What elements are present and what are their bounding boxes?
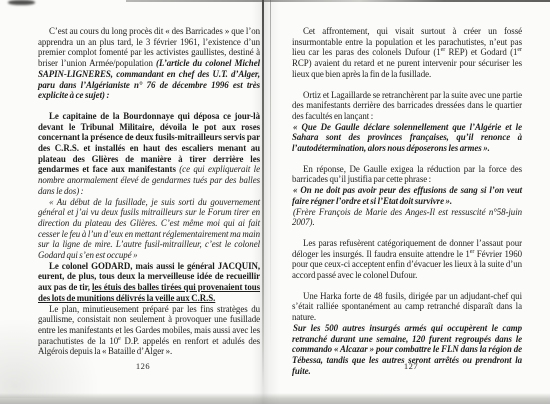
scan-artifact-corner-smudge [8,0,35,5]
paragraph: « Que De Gaulle déclare solennellement q… [292,122,522,154]
page-left-text-column: C’est au cours du long procès dit « des … [38,26,260,357]
paragraph: Ortiz et Lagaillarde se retranchèrent pa… [292,90,522,122]
paragraph: « On ne doit pas avoir peur des effusion… [292,185,522,206]
paragraph: Le colonel GODARD, mais aussi le général… [38,261,260,304]
text-segment: er [517,47,522,53]
book-gutter-line-secondary [270,0,271,356]
paragraph: Une Harka forte de 48 fusils, dirigée pa… [292,291,522,323]
page-right-text-column: Cet affrontement, qui visait surtout à c… [292,26,522,376]
text-segment: « Que De Gaulle déclare solennellement q… [292,122,522,153]
scan-artifact-top-edge [126,0,550,2]
page-number-right: 127 [292,361,530,371]
paragraph: Les paras refusèrent catégoriquement de … [292,238,522,281]
text-segment: RCP) avaient du retard et ne purent inte… [292,58,522,79]
paragraph: Cet affrontement, qui visait surtout à c… [292,26,522,80]
paragraph: « Au début de la fusillade, je suis sort… [38,197,260,261]
text-segment: « Au début de la fusillade, je suis sort… [38,197,260,261]
text-segment: Une Harka forte de 48 fusils, dirigée pa… [292,291,522,322]
paragraph: En réponse, De Gaulle exigea la réductio… [292,164,522,185]
paragraph: (Frère François de Marie des Anges-Il es… [292,207,522,228]
text-segment: (Frère François de Marie des Anges-Il es… [292,207,522,228]
text-segment: Ortiz et Lagaillarde se retranchèrent pa… [292,90,522,121]
text-segment: En réponse, De Gaulle exigea la réductio… [292,164,522,185]
scan-artifact-bottom-left [0,318,100,398]
text-segment: REP) et Godard (1 [445,47,517,57]
book-spread: C’est au cours du long procès dit « des … [0,0,550,404]
book-gutter-line [262,0,264,388]
scan-artifact-bottom-edge [0,393,550,404]
paragraph: Le capitaine de la Bourdonnaye qui dépos… [38,111,260,197]
book-gutter-shadow [252,0,280,404]
text-segment: « On ne doit pas avoir peur des effusion… [292,185,522,206]
paragraph: C’est au cours du long procès dit « des … [38,26,260,101]
